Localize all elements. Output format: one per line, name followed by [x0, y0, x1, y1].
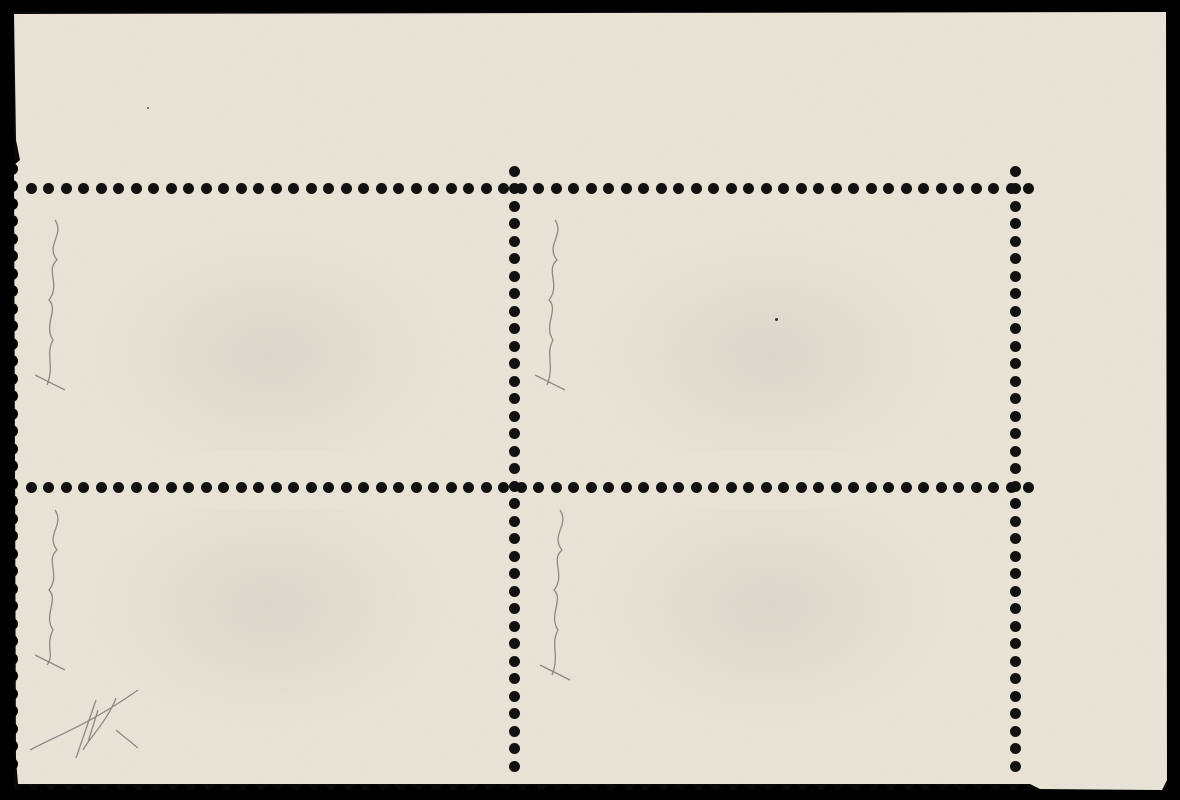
perforation-hole	[78, 482, 89, 493]
perforation-hole	[673, 183, 684, 194]
perforation-hole	[603, 183, 614, 194]
perforation-hole	[509, 533, 520, 544]
edge-perforation	[789, 785, 801, 797]
edge-perforation	[806, 785, 818, 797]
perforation-hole	[656, 482, 667, 493]
perforation-hole	[691, 183, 702, 194]
perforation-hole	[551, 482, 562, 493]
edge-perforation	[701, 785, 713, 797]
perforation-hole	[509, 446, 520, 457]
edge-perforation	[106, 785, 118, 797]
perforation-hole	[866, 183, 877, 194]
edge-perforation	[6, 635, 18, 647]
perforation-hole	[1023, 482, 1034, 493]
perforation-hole	[1010, 218, 1021, 229]
perforation-hole	[446, 183, 457, 194]
perforation-hole	[509, 673, 520, 684]
edge-perforation	[6, 478, 18, 490]
perforation-hole	[26, 183, 37, 194]
edge-perforation	[6, 688, 18, 700]
perforation-hole	[271, 183, 282, 194]
perforation-hole	[1010, 323, 1021, 334]
edge-perforation	[264, 785, 276, 797]
perforation-hole	[288, 183, 299, 194]
perforation-hole	[1010, 603, 1021, 614]
perforation-hole	[509, 638, 520, 649]
perforation-hole	[43, 482, 54, 493]
perforation-hole	[1010, 761, 1021, 772]
perforation-hole	[509, 166, 520, 177]
edge-perforation	[19, 785, 31, 797]
perforation-hole	[446, 482, 457, 493]
edge-perforation	[159, 785, 171, 797]
edge-perforation	[6, 443, 18, 455]
perforation-hole	[1010, 446, 1021, 457]
perforation-hole	[726, 482, 737, 493]
perforation-hole	[498, 482, 509, 493]
perforation-hole	[218, 183, 229, 194]
perforation-hole	[796, 482, 807, 493]
perforation-hole	[708, 183, 719, 194]
perforation-hole	[586, 183, 597, 194]
edge-perforation	[6, 460, 18, 472]
perforation-hole	[509, 323, 520, 334]
edge-perforation	[6, 670, 18, 682]
perforation-hole	[831, 183, 842, 194]
edge-perforation	[229, 785, 241, 797]
perforation-hole	[953, 183, 964, 194]
perforation-hole	[288, 482, 299, 493]
edge-perforation	[6, 198, 18, 210]
perforation-hole	[131, 482, 142, 493]
perforation-hole	[509, 411, 520, 422]
perforation-hole	[341, 482, 352, 493]
perforation-hole	[901, 183, 912, 194]
perforation-hole	[1010, 498, 1021, 509]
perforation-hole	[1010, 236, 1021, 247]
perforation-hole	[778, 482, 789, 493]
perforation-hole	[481, 183, 492, 194]
perforation-hole	[883, 482, 894, 493]
perforation-hole	[901, 482, 912, 493]
perforation-hole	[183, 482, 194, 493]
perforation-hole	[848, 183, 859, 194]
perforation-hole	[1010, 201, 1021, 212]
perforation-hole	[918, 482, 929, 493]
perforation-hole	[411, 183, 422, 194]
edge-perforation	[544, 785, 556, 797]
edge-perforation	[6, 390, 18, 402]
perforation-hole	[953, 482, 964, 493]
perforation-hole	[1010, 621, 1021, 632]
edge-perforation	[631, 785, 643, 797]
edge-perforation	[6, 425, 18, 437]
perforation-hole	[1010, 463, 1021, 474]
perforation-hole	[131, 183, 142, 194]
perforation-hole	[509, 743, 520, 754]
perforation-hole	[988, 183, 999, 194]
perforation-hole	[1010, 656, 1021, 667]
edge-perforation	[964, 785, 976, 797]
edge-perforation	[6, 600, 18, 612]
perforation-hole	[743, 482, 754, 493]
perforation-hole	[1010, 586, 1021, 597]
perforation-hole	[1010, 533, 1021, 544]
edge-perforation	[176, 785, 188, 797]
perforation-hole	[509, 691, 520, 702]
perforation-hole	[621, 183, 632, 194]
perforation-hole	[481, 482, 492, 493]
perforation-hole	[509, 306, 520, 317]
edge-perforation	[6, 740, 18, 752]
edge-perforation	[194, 785, 206, 797]
edge-perforation	[579, 785, 591, 797]
edge-perforation	[6, 723, 18, 735]
perforation-hole	[306, 482, 317, 493]
edge-perforation	[124, 785, 136, 797]
perforation-hole	[271, 482, 282, 493]
edge-perforation	[6, 758, 18, 770]
perforation-hole	[393, 183, 404, 194]
edge-perforation	[824, 785, 836, 797]
edge-perforation	[6, 583, 18, 595]
stamp-paper	[0, 0, 1180, 800]
perforation-hole	[883, 183, 894, 194]
perforation-hole	[509, 393, 520, 404]
edge-perforation	[6, 705, 18, 717]
perforation-hole	[1010, 691, 1021, 702]
perforation-hole	[509, 568, 520, 579]
edge-perforation	[89, 785, 101, 797]
perforation-hole	[1010, 358, 1021, 369]
edge-perforation	[684, 785, 696, 797]
perforation-hole	[509, 253, 520, 264]
perforation-hole	[236, 482, 247, 493]
perforation-hole	[201, 183, 212, 194]
perforation-hole	[568, 482, 579, 493]
perforation-hole	[1010, 638, 1021, 649]
perforation-hole	[166, 183, 177, 194]
perforation-hole	[866, 482, 877, 493]
edge-perforation	[771, 785, 783, 797]
edge-perforation	[6, 303, 18, 315]
perforation-hole	[183, 183, 194, 194]
edge-perforation	[6, 163, 18, 175]
perforation-hole	[1010, 253, 1021, 264]
edge-perforation	[211, 785, 223, 797]
perforation-hole	[509, 288, 520, 299]
perforation-hole	[509, 271, 520, 282]
perforation-hole	[586, 482, 597, 493]
perforation-hole	[113, 183, 124, 194]
perforation-hole	[253, 482, 264, 493]
edge-perforation	[36, 785, 48, 797]
edge-perforation	[351, 785, 363, 797]
perforation-hole	[551, 183, 562, 194]
perforation-hole	[1010, 708, 1021, 719]
perforation-hole	[761, 482, 772, 493]
perforation-hole	[533, 482, 544, 493]
edge-perforation	[246, 785, 258, 797]
edge-perforation	[894, 785, 906, 797]
perforation-hole	[1010, 673, 1021, 684]
edge-perforation	[334, 785, 346, 797]
edge-perforation	[6, 320, 18, 332]
edge-perforation	[386, 785, 398, 797]
perforation-hole	[509, 428, 520, 439]
perforation-hole	[936, 482, 947, 493]
edge-perforation	[369, 785, 381, 797]
perforation-hole	[509, 761, 520, 772]
perforation-hole	[568, 183, 579, 194]
edge-perforation	[561, 785, 573, 797]
perforation-hole	[323, 482, 334, 493]
perforation-hole	[61, 482, 72, 493]
perforation-hole	[43, 183, 54, 194]
perforation-hole	[1010, 306, 1021, 317]
edge-perforation	[6, 513, 18, 525]
edge-perforation	[929, 785, 941, 797]
perforation-hole	[358, 183, 369, 194]
edge-perforation	[1016, 785, 1028, 797]
perforation-hole	[428, 183, 439, 194]
edge-perforation	[6, 180, 18, 192]
perforation-hole	[621, 482, 632, 493]
edge-perforation	[596, 785, 608, 797]
perforation-hole	[306, 183, 317, 194]
perforation-hole	[341, 183, 352, 194]
perforation-hole	[988, 482, 999, 493]
perforation-hole	[509, 656, 520, 667]
perforation-hole	[533, 183, 544, 194]
perforation-hole	[148, 482, 159, 493]
edge-perforation	[946, 785, 958, 797]
perforation-hole	[376, 183, 387, 194]
perforation-hole	[1010, 568, 1021, 579]
perforation-hole	[509, 201, 520, 212]
perforation-hole	[691, 482, 702, 493]
perforation-hole	[918, 183, 929, 194]
edge-perforation	[54, 785, 66, 797]
edge-perforation	[6, 215, 18, 227]
stamp-block-photo: Reverse side of a corner-margin block of…	[0, 0, 1180, 800]
perforation-hole	[971, 482, 982, 493]
edge-perforation	[6, 355, 18, 367]
edge-perforation	[474, 785, 486, 797]
perforation-hole	[509, 358, 520, 369]
perforation-hole	[201, 482, 212, 493]
perforation-hole	[253, 183, 264, 194]
perforation-hole	[509, 551, 520, 562]
edge-perforation	[736, 785, 748, 797]
edge-perforation	[614, 785, 626, 797]
edge-perforation	[859, 785, 871, 797]
perforation-hole	[813, 183, 824, 194]
perforation-hole	[428, 482, 439, 493]
perforation-hole	[831, 482, 842, 493]
perforation-hole	[323, 183, 334, 194]
edge-perforation	[911, 785, 923, 797]
edge-perforation	[6, 268, 18, 280]
edge-perforation	[141, 785, 153, 797]
perforation-hole	[1010, 726, 1021, 737]
perforation-hole	[603, 482, 614, 493]
perforation-hole	[393, 482, 404, 493]
perforation-hole	[971, 183, 982, 194]
perforation-hole	[796, 183, 807, 194]
edge-perforation	[666, 785, 678, 797]
perforation-hole	[358, 482, 369, 493]
perforation-hole	[936, 183, 947, 194]
edge-perforation	[6, 653, 18, 665]
perforation-hole	[638, 482, 649, 493]
edge-perforation	[6, 548, 18, 560]
edge-perforation	[6, 338, 18, 350]
edge-perforation	[876, 785, 888, 797]
edge-perforation	[281, 785, 293, 797]
perforation-hole	[509, 341, 520, 352]
edge-perforation	[439, 785, 451, 797]
perforation-hole	[1010, 743, 1021, 754]
perforation-hole	[1010, 411, 1021, 422]
edge-perforation	[981, 785, 993, 797]
edge-perforation	[6, 250, 18, 262]
perforation-hole	[1010, 271, 1021, 282]
perforation-hole	[778, 183, 789, 194]
paper-speck	[775, 318, 778, 321]
perforation-hole	[509, 376, 520, 387]
perforation-hole	[463, 183, 474, 194]
paper-speck	[147, 107, 149, 109]
edge-perforation	[719, 785, 731, 797]
perforation-hole	[1010, 393, 1021, 404]
perforation-hole	[509, 498, 520, 509]
perforation-hole	[1010, 166, 1021, 177]
edge-perforation	[6, 285, 18, 297]
edge-perforation	[6, 618, 18, 630]
edge-perforation	[71, 785, 83, 797]
perforation-hole	[96, 482, 107, 493]
perforation-hole	[673, 482, 684, 493]
edge-perforation	[421, 785, 433, 797]
perforation-hole	[1010, 551, 1021, 562]
perforation-hole	[509, 603, 520, 614]
perforation-hole	[1010, 376, 1021, 387]
edge-perforation	[6, 373, 18, 385]
perforation-hole	[1010, 183, 1021, 194]
edge-perforation	[404, 785, 416, 797]
edge-perforation	[6, 530, 18, 542]
perforation-hole	[113, 482, 124, 493]
edge-perforation	[526, 785, 538, 797]
edge-perforation	[999, 785, 1011, 797]
perforation-hole	[218, 482, 229, 493]
perforation-hole	[509, 218, 520, 229]
perforation-hole	[848, 482, 859, 493]
perforation-hole	[411, 482, 422, 493]
perforation-hole	[708, 482, 719, 493]
perforation-hole	[509, 621, 520, 632]
perforation-hole	[78, 183, 89, 194]
perforation-hole	[1010, 516, 1021, 527]
perforation-hole	[509, 586, 520, 597]
perforation-hole	[1010, 428, 1021, 439]
perforation-hole	[743, 183, 754, 194]
edge-perforation	[6, 408, 18, 420]
edge-perforation	[6, 565, 18, 577]
perforation-hole	[463, 482, 474, 493]
perforation-hole	[726, 183, 737, 194]
edge-perforation	[456, 785, 468, 797]
perforation-hole	[96, 183, 107, 194]
perforation-hole	[509, 726, 520, 737]
perforation-hole	[813, 482, 824, 493]
edge-perforation	[841, 785, 853, 797]
perforation-hole	[509, 183, 520, 194]
edge-perforation	[6, 233, 18, 245]
perforation-hole	[638, 183, 649, 194]
edge-perforation	[6, 495, 18, 507]
edge-perforation	[509, 785, 521, 797]
perforation-hole	[509, 236, 520, 247]
perforation-hole	[509, 481, 520, 492]
perforation-hole	[509, 516, 520, 527]
perforation-hole	[1010, 341, 1021, 352]
perforation-hole	[61, 183, 72, 194]
edge-perforation	[299, 785, 311, 797]
edge-perforation	[754, 785, 766, 797]
perforation-hole	[498, 183, 509, 194]
perforation-hole	[509, 708, 520, 719]
perforation-hole	[656, 183, 667, 194]
edge-perforation	[316, 785, 328, 797]
perforation-hole	[1023, 183, 1034, 194]
edge-perforation	[491, 785, 503, 797]
perforation-hole	[761, 183, 772, 194]
perforation-hole	[26, 482, 37, 493]
perforation-hole	[166, 482, 177, 493]
perforation-hole	[1010, 481, 1021, 492]
perforation-hole	[509, 463, 520, 474]
perforation-hole	[236, 183, 247, 194]
perforation-hole	[148, 183, 159, 194]
perforation-hole	[1010, 288, 1021, 299]
edge-perforation	[649, 785, 661, 797]
perforation-hole	[376, 482, 387, 493]
